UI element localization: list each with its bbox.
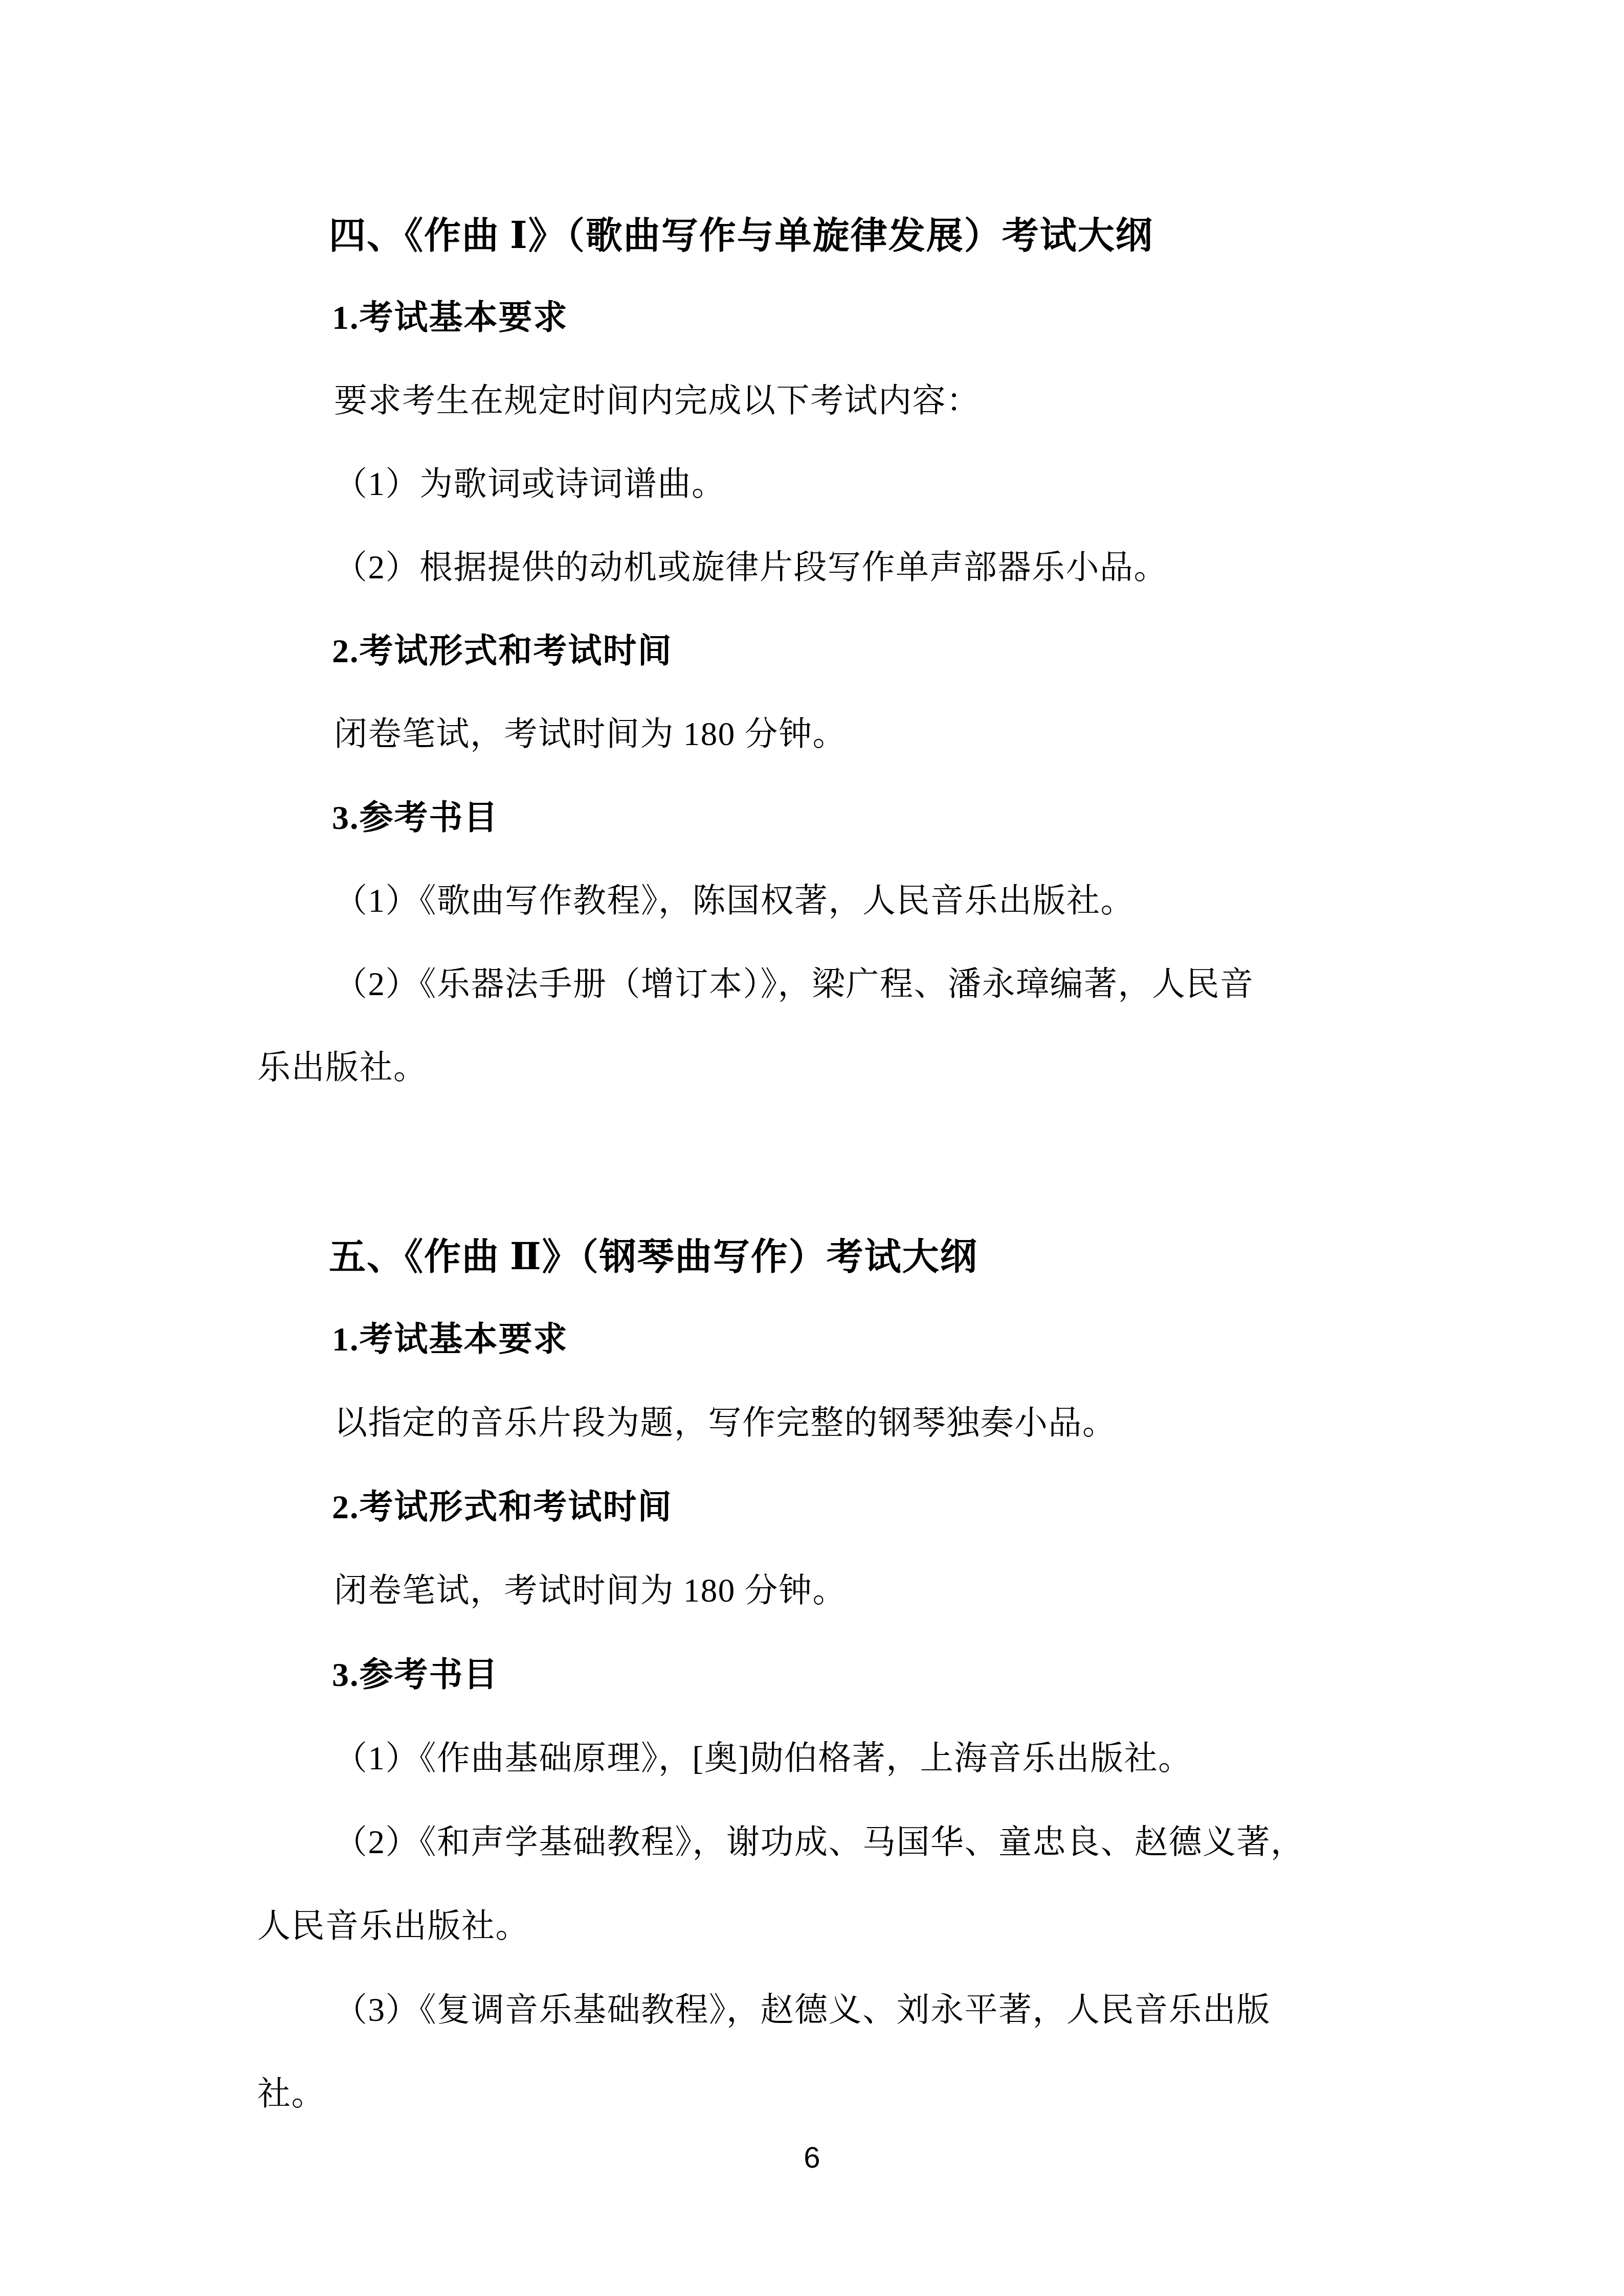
- section-4-item-2: （2）根据提供的动机或旋律片段写作单声部器乐小品。: [257, 550, 1168, 586]
- section-5-reference-2: （2）《和声学基础教程》，谢功成、马国华、童忠良、赵德义著，: [257, 1825, 1305, 1860]
- section-4-para-exam-format: 闭卷笔试，考试时间为 180 分钟。: [257, 716, 847, 752]
- section-5-reference-1: （1）《作曲基础原理》，[奥]勋伯格著，上海音乐出版社。: [257, 1741, 1192, 1776]
- section-4-reference-2: （2）《乐器法手册（增订本）》，梁广程、潘永璋编著，人民音: [257, 966, 1254, 1002]
- section-4-reference-1: （1）《歌曲写作教程》，陈国权著，人民音乐出版社。: [257, 883, 1134, 919]
- section-5-subheading-format-time: 2.考试形式和考试时间: [257, 1489, 673, 1525]
- section-4-item-1: （1）为歌词或诗词谱曲。: [257, 466, 726, 502]
- section-5-reference-2-continuation: 人民音乐出版社。: [257, 1908, 529, 1944]
- section-5-heading: 五、《作曲 Ⅱ》（钢琴曲写作）考试大纲: [257, 1237, 978, 1277]
- section-4-subheading-format-time: 2.考试形式和考试时间: [257, 633, 673, 669]
- section-4-reference-2-continuation: 乐出版社。: [257, 1050, 428, 1086]
- section-5-reference-3: （3）《复调音乐基础教程》，赵德义、刘永平著，人民音乐出版: [257, 1992, 1271, 2028]
- section-5-para-exam-requirement: 以指定的音乐片段为题，写作完整的钢琴独奏小品。: [257, 1405, 1117, 1441]
- section-5-subheading-basic-requirements: 1.考试基本要求: [257, 1321, 568, 1358]
- section-5-para-exam-format: 闭卷笔试，考试时间为 180 分钟。: [257, 1573, 847, 1609]
- section-4-heading: 四、《作曲 Ⅰ》（歌曲写作与单旋律发展）考试大纲: [257, 216, 1153, 256]
- document-page: 四、《作曲 Ⅰ》（歌曲写作与单旋律发展）考试大纲 1.考试基本要求 要求考生在规…: [0, 0, 1624, 2296]
- section-4-subheading-basic-requirements: 1.考试基本要求: [257, 300, 568, 336]
- section-5-subheading-references: 3.参考书目: [257, 1657, 499, 1693]
- section-5-reference-3-continuation: 社。: [257, 2076, 325, 2112]
- section-4-subheading-references: 3.参考书目: [257, 800, 499, 836]
- section-4-para-exam-content-intro: 要求考生在规定时间内完成以下考试内容：: [257, 383, 981, 419]
- page-number: 6: [0, 2141, 1624, 2175]
